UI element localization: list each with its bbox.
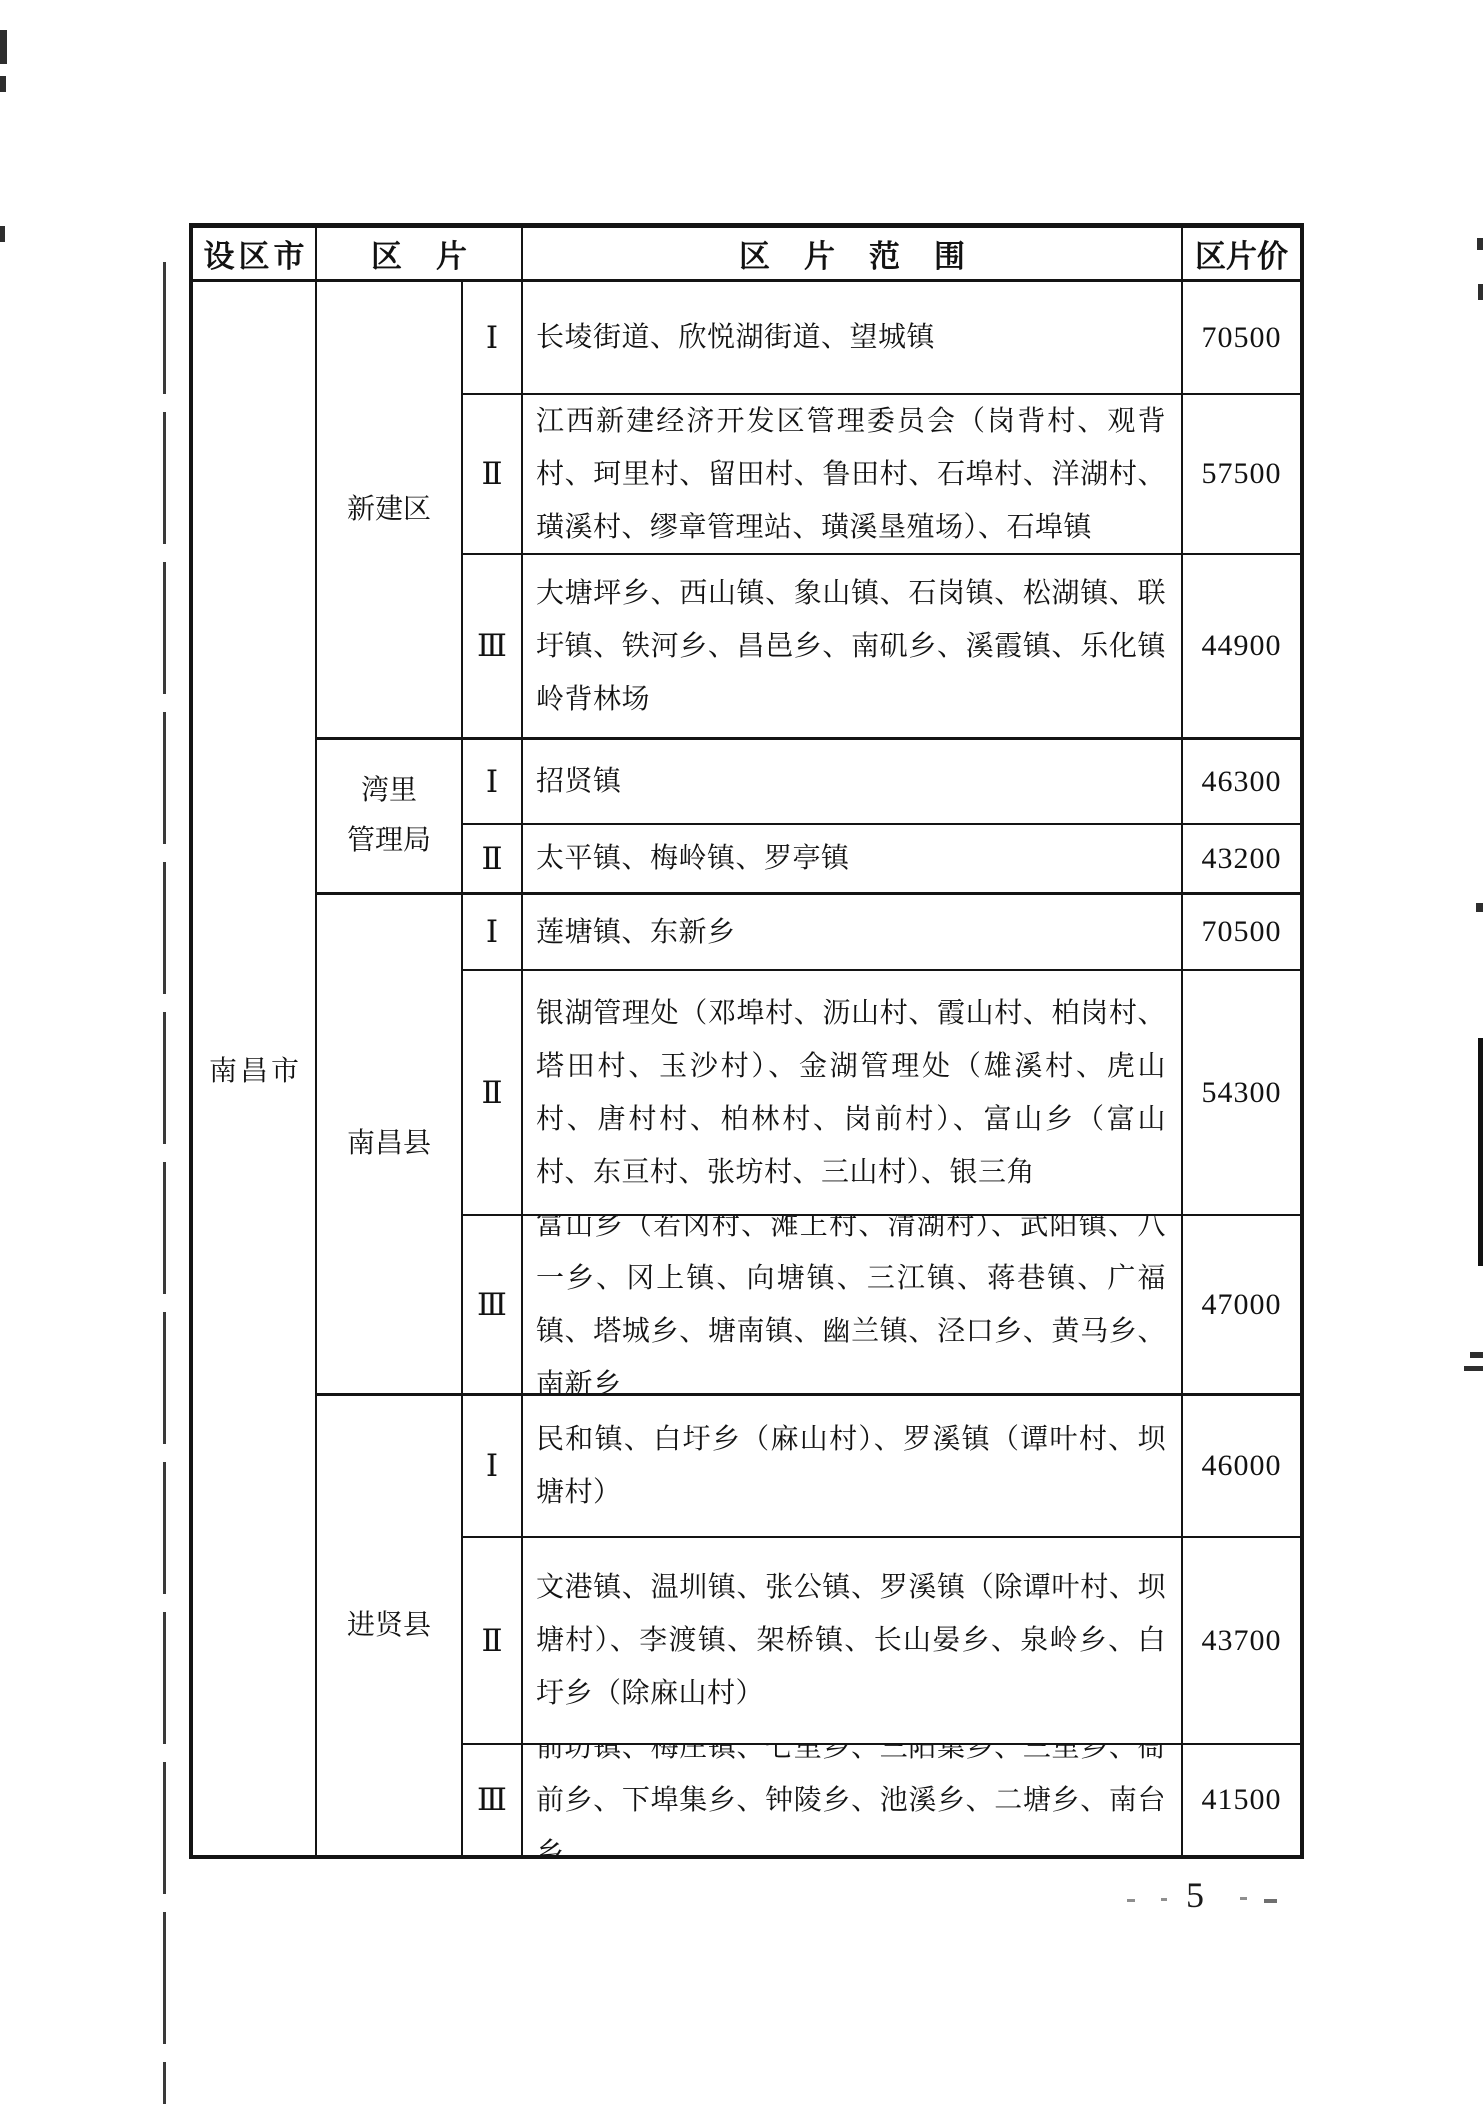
scope-cell: 长堎街道、欣悦湖街道、望城镇 <box>523 282 1183 395</box>
header-cell-price: 区片价 <box>1183 228 1300 282</box>
page-number-dash <box>1127 1899 1135 1902</box>
price-cell: 43700 <box>1183 1538 1300 1745</box>
price-value: 70500 <box>1202 915 1282 949</box>
scope-text: 前坊镇、梅庄镇、七里乡、三阳集乡、三里乡、衙前乡、下埠集乡、钟陵乡、池溪乡、二塘… <box>536 1745 1166 1855</box>
scope-text: 莲塘镇、东新乡 <box>536 906 1166 959</box>
price-value: 43700 <box>1202 1624 1282 1658</box>
zone-numeral: Ⅲ <box>477 1287 507 1323</box>
zone-numeral: Ⅰ <box>486 320 498 356</box>
land-price-table: 设区市 区片 区片范围 区片价 南昌市 新建区 湾里 管理局 南昌县 进贤县 <box>189 223 1304 1859</box>
scan-mark <box>0 226 5 242</box>
price-cell: 54300 <box>1183 971 1300 1216</box>
zone-cell: Ⅲ <box>463 1216 523 1396</box>
scan-mark <box>1476 903 1483 912</box>
district-name-line: 管理局 <box>347 816 431 866</box>
header-cell-city: 设区市 <box>193 228 317 282</box>
price-cell: 43200 <box>1183 825 1300 895</box>
scan-mark <box>1478 284 1483 300</box>
header-zone-label: 区片 <box>371 231 501 276</box>
district-name-line: 进贤县 <box>347 1601 431 1651</box>
scope-cell: 文港镇、温圳镇、张公镇、罗溪镇（除谭叶村、坝塘村）、李渡镇、架桥镇、长山晏乡、泉… <box>523 1538 1183 1745</box>
zone-cell: Ⅰ <box>463 1396 523 1538</box>
header-city-label: 设区市 <box>204 231 309 276</box>
scanned-document-page: 设区市 区片 区片范围 区片价 南昌市 新建区 湾里 管理局 南昌县 进贤县 <box>0 0 1483 2104</box>
scan-mark <box>1477 238 1483 250</box>
scan-edge-line-left <box>163 262 166 2104</box>
scope-cell: 民和镇、白圩乡（麻山村）、罗溪镇（谭叶村、坝塘村） <box>523 1396 1183 1538</box>
zone-numeral: Ⅰ <box>486 764 498 800</box>
district-cell-xinjian: 新建区 <box>317 282 463 740</box>
scan-mark <box>1478 1038 1483 1266</box>
zone-cell: Ⅰ <box>463 282 523 395</box>
price-value: 57500 <box>1202 457 1282 491</box>
scope-text: 江西新建经济开发区管理委员会（岗背村、观背村、珂里村、留田村、鲁田村、石埠村、洋… <box>536 395 1166 554</box>
district-cell-wanli: 湾里 管理局 <box>317 740 463 895</box>
price-value: 70500 <box>1202 321 1282 355</box>
zone-cell: Ⅰ <box>463 740 523 825</box>
page-number: 5 <box>1186 1874 1204 1916</box>
scan-mark <box>0 30 7 64</box>
price-cell: 46000 <box>1183 1396 1300 1538</box>
price-value: 47000 <box>1202 1288 1282 1322</box>
scope-text: 招贤镇 <box>536 755 1166 808</box>
header-scope-label: 区片范围 <box>739 231 999 276</box>
scope-cell: 大塘坪乡、西山镇、象山镇、石岗镇、松湖镇、联圩镇、铁河乡、昌邑乡、南矶乡、溪霞镇… <box>523 555 1183 740</box>
price-value: 44900 <box>1202 629 1282 663</box>
district-name-line: 新建区 <box>347 485 431 535</box>
scope-text: 富山乡（若冈村、滩上村、清湖村）、武阳镇、八一乡、冈上镇、向塘镇、三江镇、蒋巷镇… <box>536 1216 1166 1396</box>
zone-numeral: Ⅱ <box>481 1075 502 1111</box>
price-value: 46000 <box>1202 1449 1282 1483</box>
scope-cell: 招贤镇 <box>523 740 1183 825</box>
scope-text: 文港镇、温圳镇、张公镇、罗溪镇（除谭叶村、坝塘村）、李渡镇、架桥镇、长山晏乡、泉… <box>536 1561 1166 1720</box>
price-cell: 70500 <box>1183 895 1300 971</box>
city-cell: 南昌市 <box>193 282 317 1855</box>
scope-cell: 莲塘镇、东新乡 <box>523 895 1183 971</box>
scan-mark <box>1464 1366 1483 1371</box>
city-name: 南昌市 <box>209 1049 302 1089</box>
price-cell: 47000 <box>1183 1216 1300 1396</box>
scope-text: 长堎街道、欣悦湖街道、望城镇 <box>536 311 1166 364</box>
zone-cell: Ⅱ <box>463 395 523 555</box>
scope-cell: 江西新建经济开发区管理委员会（岗背村、观背村、珂里村、留田村、鲁田村、石埠村、洋… <box>523 395 1183 555</box>
zone-numeral: Ⅲ <box>477 628 507 664</box>
price-value: 46300 <box>1202 765 1282 799</box>
scope-text: 民和镇、白圩乡（麻山村）、罗溪镇（谭叶村、坝塘村） <box>536 1413 1166 1519</box>
price-cell: 46300 <box>1183 740 1300 825</box>
scan-mark <box>0 76 6 92</box>
zone-numeral: Ⅰ <box>486 914 498 950</box>
scope-cell: 银湖管理处（邓埠村、沥山村、霞山村、柏岗村、塔田村、玉沙村）、金湖管理处（雄溪村… <box>523 971 1183 1216</box>
price-cell: 57500 <box>1183 395 1300 555</box>
zone-cell: Ⅱ <box>463 825 523 895</box>
district-cell-jinxian: 进贤县 <box>317 1396 463 1855</box>
price-cell: 41500 <box>1183 1745 1300 1855</box>
scope-text: 银湖管理处（邓埠村、沥山村、霞山村、柏岗村、塔田村、玉沙村）、金湖管理处（雄溪村… <box>536 987 1166 1199</box>
scope-text: 太平镇、梅岭镇、罗亭镇 <box>536 832 1166 885</box>
page-number-dash <box>1264 1899 1277 1903</box>
header-price-label: 区片价 <box>1195 231 1288 276</box>
zone-cell: Ⅱ <box>463 1538 523 1745</box>
scope-cell: 富山乡（若冈村、滩上村、清湖村）、武阳镇、八一乡、冈上镇、向塘镇、三江镇、蒋巷镇… <box>523 1216 1183 1396</box>
price-value: 41500 <box>1202 1783 1282 1817</box>
scan-mark <box>1470 1352 1483 1358</box>
zone-cell: Ⅰ <box>463 895 523 971</box>
zone-numeral: Ⅱ <box>481 1623 502 1659</box>
scope-cell: 前坊镇、梅庄镇、七里乡、三阳集乡、三里乡、衙前乡、下埠集乡、钟陵乡、池溪乡、二塘… <box>523 1745 1183 1855</box>
zone-numeral: Ⅲ <box>477 1782 507 1818</box>
page-number-dash <box>1240 1897 1247 1900</box>
district-name-line: 湾里 <box>361 766 417 816</box>
zone-numeral: Ⅱ <box>481 841 502 877</box>
price-cell: 70500 <box>1183 282 1300 395</box>
page-number-dash <box>1161 1898 1167 1901</box>
price-value: 54300 <box>1202 1076 1282 1110</box>
district-cell-nanchangxian: 南昌县 <box>317 895 463 1396</box>
scope-text: 大塘坪乡、西山镇、象山镇、石岗镇、松湖镇、联圩镇、铁河乡、昌邑乡、南矶乡、溪霞镇… <box>536 567 1166 726</box>
zone-cell: Ⅲ <box>463 555 523 740</box>
header-cell-zone: 区片 <box>317 228 523 282</box>
zone-numeral: Ⅱ <box>481 456 502 492</box>
price-value: 43200 <box>1202 842 1282 876</box>
price-cell: 44900 <box>1183 555 1300 740</box>
zone-numeral: Ⅰ <box>486 1448 498 1484</box>
district-name-line: 南昌县 <box>347 1119 431 1169</box>
scope-cell: 太平镇、梅岭镇、罗亭镇 <box>523 825 1183 895</box>
header-cell-scope: 区片范围 <box>523 228 1183 282</box>
zone-cell: Ⅱ <box>463 971 523 1216</box>
zone-cell: Ⅲ <box>463 1745 523 1855</box>
